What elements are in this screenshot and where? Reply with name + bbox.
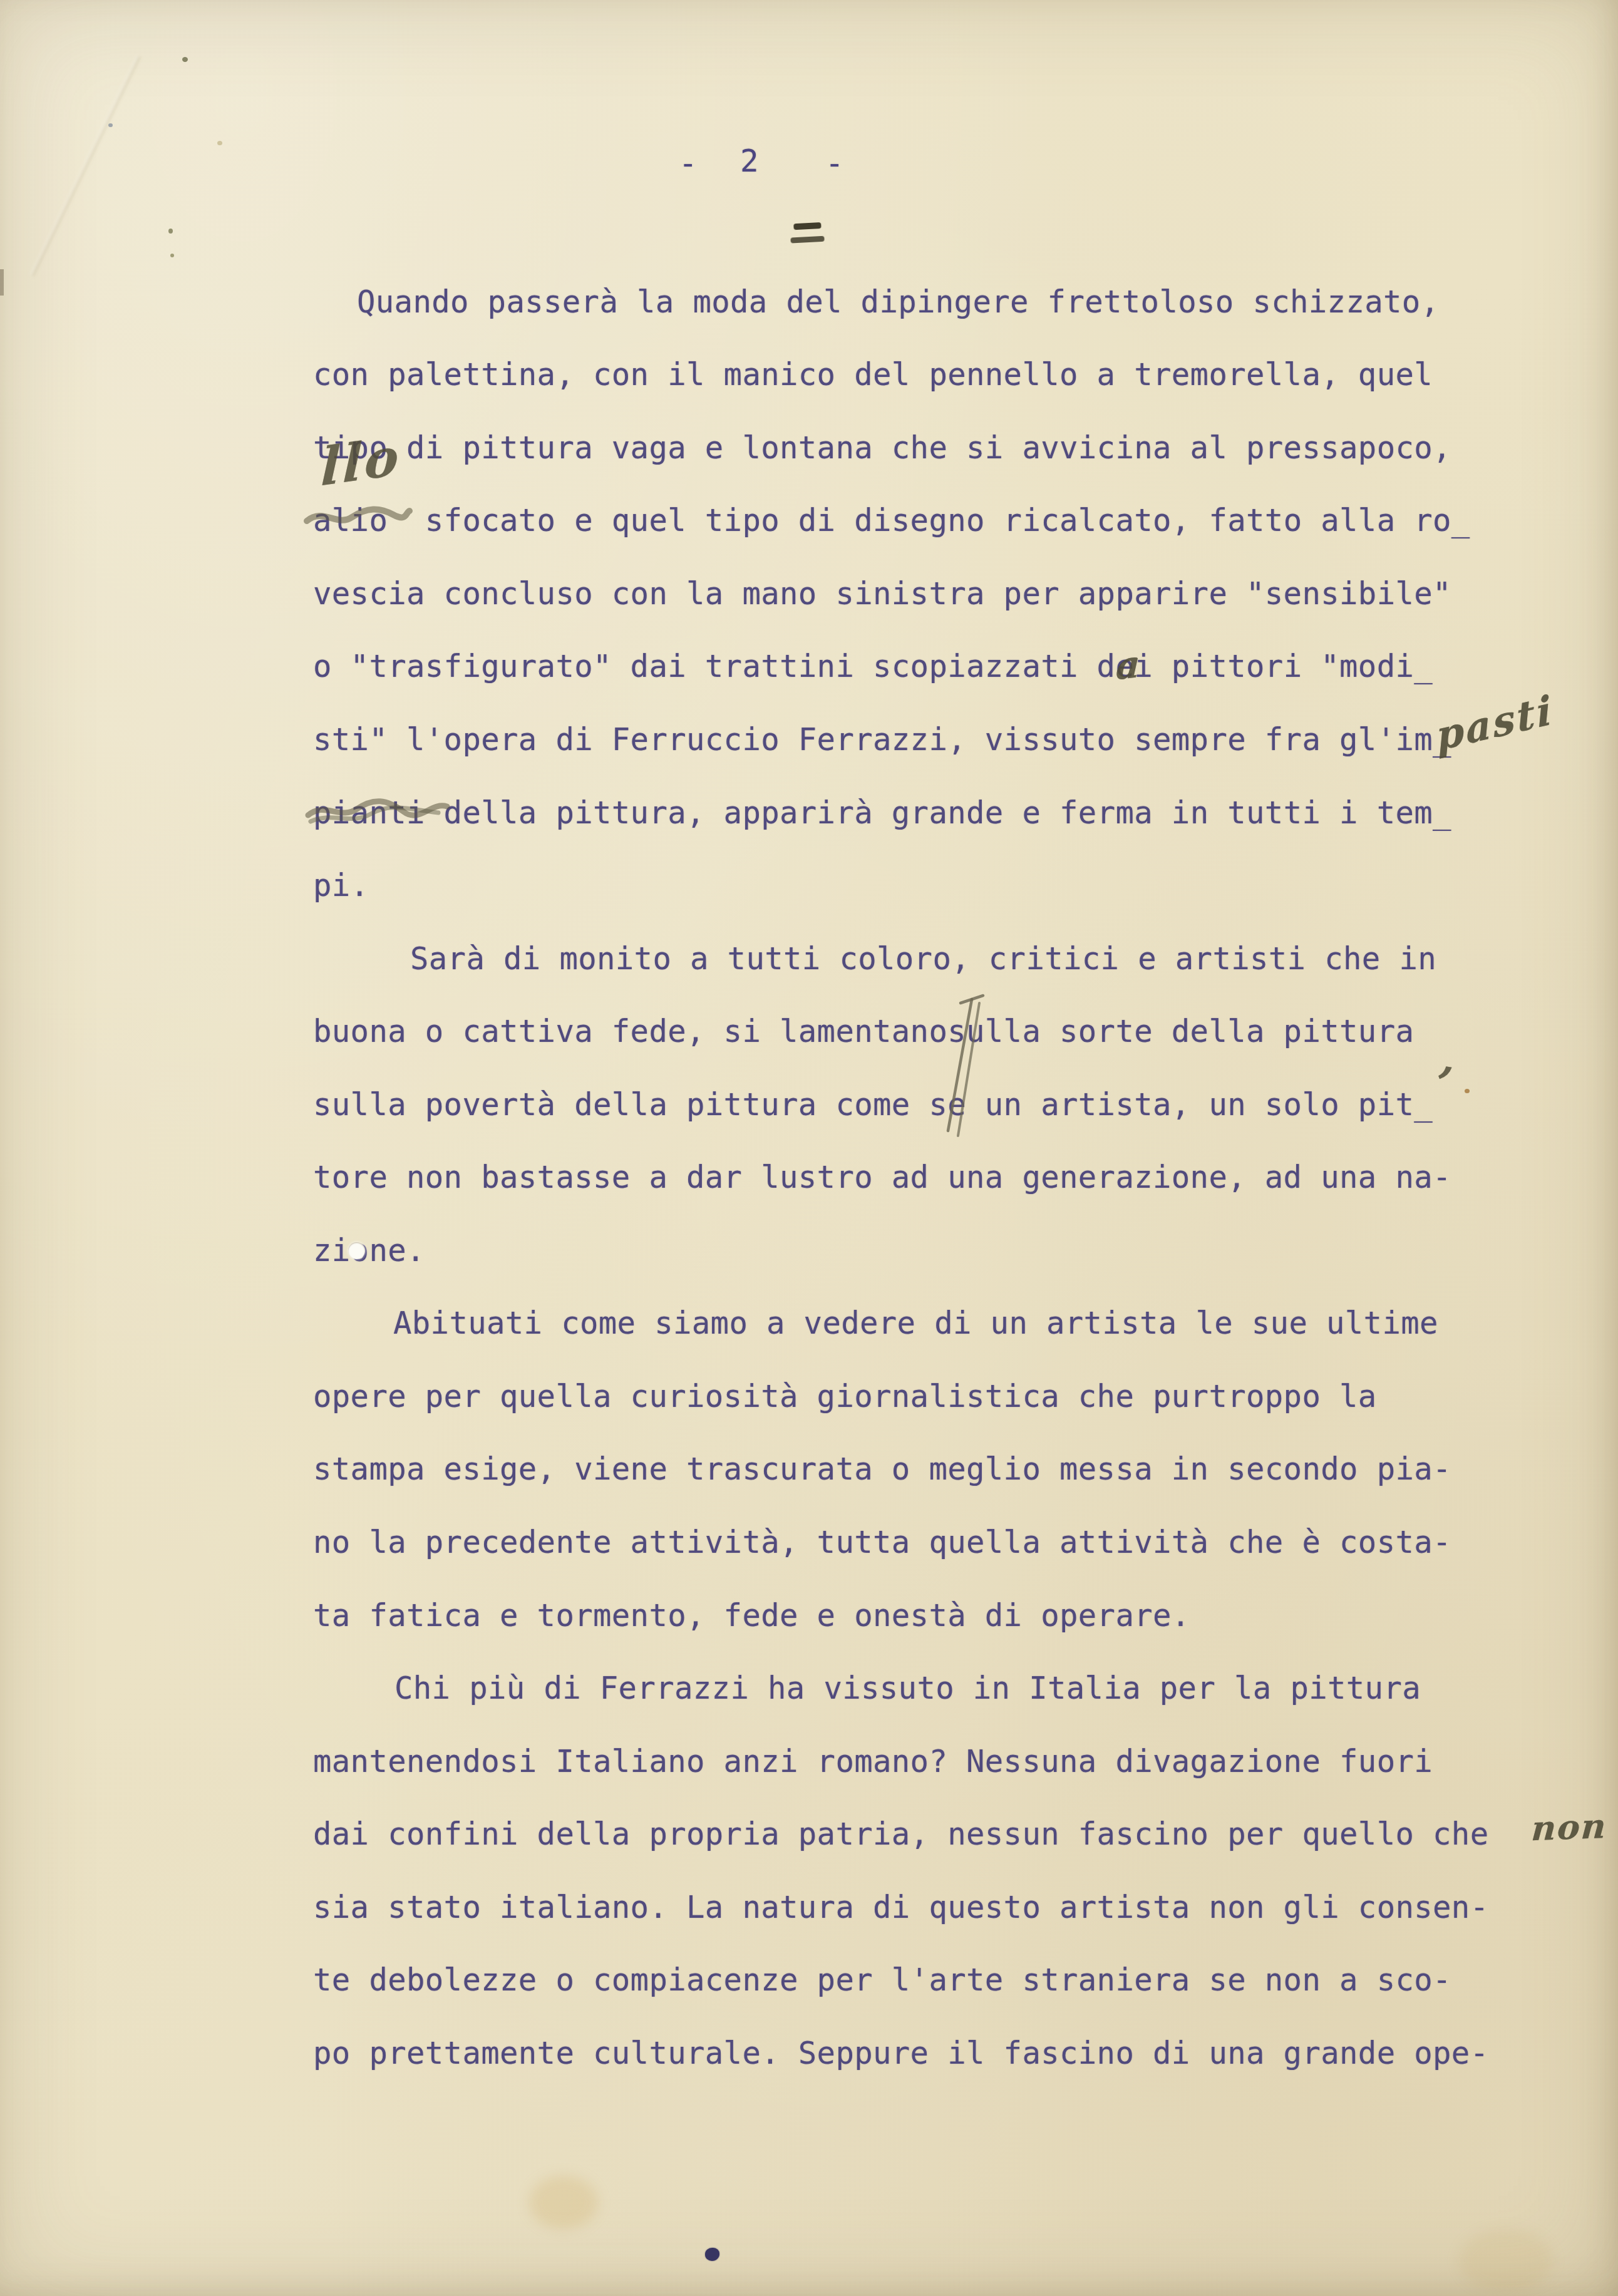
typescript-page: - 2 - Quando passerà la moda del dipinge… <box>0 0 1618 2296</box>
overstrike-mark <box>790 217 828 249</box>
paper-speck <box>182 57 188 62</box>
page-number-dash-right: - <box>825 146 844 182</box>
hole-punch <box>348 1242 365 1259</box>
struck-word: pianti <box>313 795 425 831</box>
typed-line: Sarà di monito a tutti coloro, critici e… <box>410 944 1436 975</box>
paper-speck <box>168 229 173 234</box>
typed-line: pi. <box>313 870 369 902</box>
pencil-marks-layer <box>0 0 1618 2296</box>
typed-line: pianti della pittura, apparirà grande e … <box>313 798 1451 829</box>
typed-text: i pittori "modi_ <box>1134 649 1433 684</box>
typed-line: opere per quella curiosità giornalistica… <box>313 1381 1377 1413</box>
ink-dot <box>705 2248 719 2261</box>
typed-line: dai confini della propria patria, nessun… <box>313 1819 1488 1850</box>
typed-line: sulla povertà della pittura come se un a… <box>313 1089 1433 1121</box>
page-number: 2 <box>740 143 759 179</box>
paper-speck <box>217 141 222 145</box>
paper-speck <box>1465 1089 1470 1093</box>
typed-line: con palettina, con il manico del pennell… <box>313 359 1433 391</box>
typed-line: po prettamente culturale. Seppure il fas… <box>313 2038 1488 2069</box>
typed-line: sia stato italiano. La natura di questo … <box>313 1892 1488 1923</box>
typed-line: tipo di pittura vaga e lontana che si av… <box>313 433 1451 464</box>
typed-line: vescia concluso con la mano sinistra per… <box>313 579 1451 610</box>
fold-crease <box>30 55 141 277</box>
insertion-mark <box>961 996 983 1003</box>
typed-line: ta fatica e tormento, fede e onestà di o… <box>313 1600 1190 1632</box>
typed-line: sti" l'opera di Ferruccio Ferrazzi, viss… <box>313 724 1451 756</box>
typed-text: o "trasfigurato" dai trattini scopiazzat… <box>313 649 1115 684</box>
typed-line: tore non bastasse a dar lustro ad una ge… <box>313 1162 1451 1193</box>
paper-stain <box>529 2176 598 2229</box>
typed-line: stampa esige, viene trascurata o meglio … <box>313 1454 1451 1485</box>
typed-line: Abituati come siamo a vedere di un artis… <box>393 1308 1438 1339</box>
paper-stain <box>1459 2229 1553 2292</box>
paper-speck <box>108 123 113 127</box>
typed-line: alio sfocato e quel tipo di disegno rica… <box>313 505 1470 537</box>
handwritten-comma: , <box>1438 1034 1460 1084</box>
typed-line: o "trasfigurato" dai trattini scopiazzat… <box>313 651 1433 682</box>
paper-speck <box>0 269 4 296</box>
typed-line: buona o cattiva fede, si lamentanosulla … <box>313 1016 1414 1048</box>
typed-text: della pittura, apparirà grande e ferma i… <box>425 795 1451 831</box>
struck-word: alio <box>313 503 388 538</box>
typed-line: Quando passerà la moda del dipingere fre… <box>357 287 1439 318</box>
handwritten-a-correction: a <box>1115 642 1141 689</box>
handwritten-correction-pasti: pasti <box>1435 686 1555 760</box>
typed-line: te debolezze o compiacenze per l'arte st… <box>313 1965 1451 1996</box>
typed-line: mantenendosi Italiano anzi romano? Nessu… <box>313 1746 1433 1778</box>
typed-text: sfocato e quel tipo di disegno ricalcato… <box>388 503 1470 538</box>
page-number-dash-left: - <box>679 146 698 182</box>
typed-line: zione. <box>313 1235 425 1267</box>
handwritten-correction-llo: llo <box>320 426 402 498</box>
typed-line: Chi più di Ferrazzi ha vissuto in Italia… <box>394 1673 1421 1704</box>
paper-speck <box>170 254 174 257</box>
typed-line: no la precedente attività, tutta quella … <box>313 1527 1451 1558</box>
handwritten-margin-non: non <box>1530 1806 1609 1848</box>
